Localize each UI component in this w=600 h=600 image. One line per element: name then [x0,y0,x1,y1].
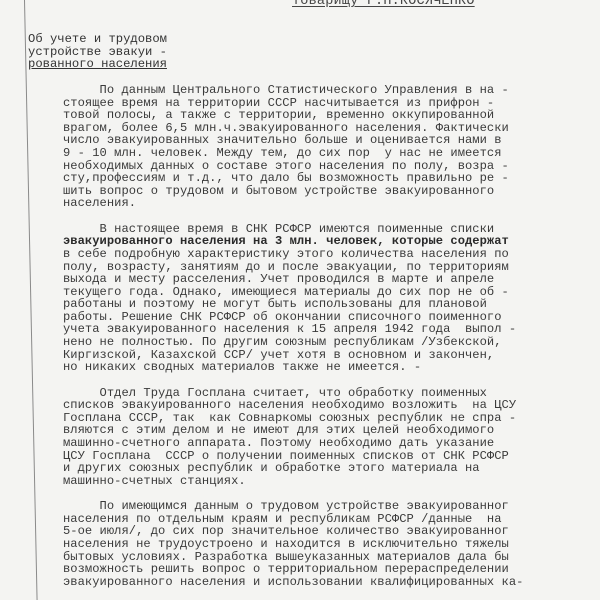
paragraph-gosplan-labor-dept: Отдел Труда Госплана считает, что обрабо… [63,387,600,488]
text-line: эвакуированного населения и использовани… [63,576,599,589]
addressee-heading: товарищу Г.П.КОСЯЧЕНКО [292,0,475,9]
subject-block: Об учете и трудовом устройстве эвакуи - … [28,33,167,71]
subject-line: Об учете и трудовом [28,33,167,46]
text-line: населения. [63,197,599,210]
subject-line: рованного населения [28,58,167,71]
text-line: шить вопрос о трудовом и бытовом устройс… [63,185,599,198]
letter-body: По данным Центрального Статистического У… [63,84,600,600]
paragraph-statistics: По данным Центрального Статистического У… [63,84,600,210]
page-margin-line [24,0,38,600]
paragraph-employment-data: По имеющимся данным о трудовом устройств… [63,500,600,588]
paragraph-snk-rsfsr-lists: В настоящее время в СНК РСФСР имеются по… [63,223,600,374]
text-line: машинно-счетных станциях. [63,475,599,488]
text-line: но никаких сводных материалов также не и… [63,361,599,374]
